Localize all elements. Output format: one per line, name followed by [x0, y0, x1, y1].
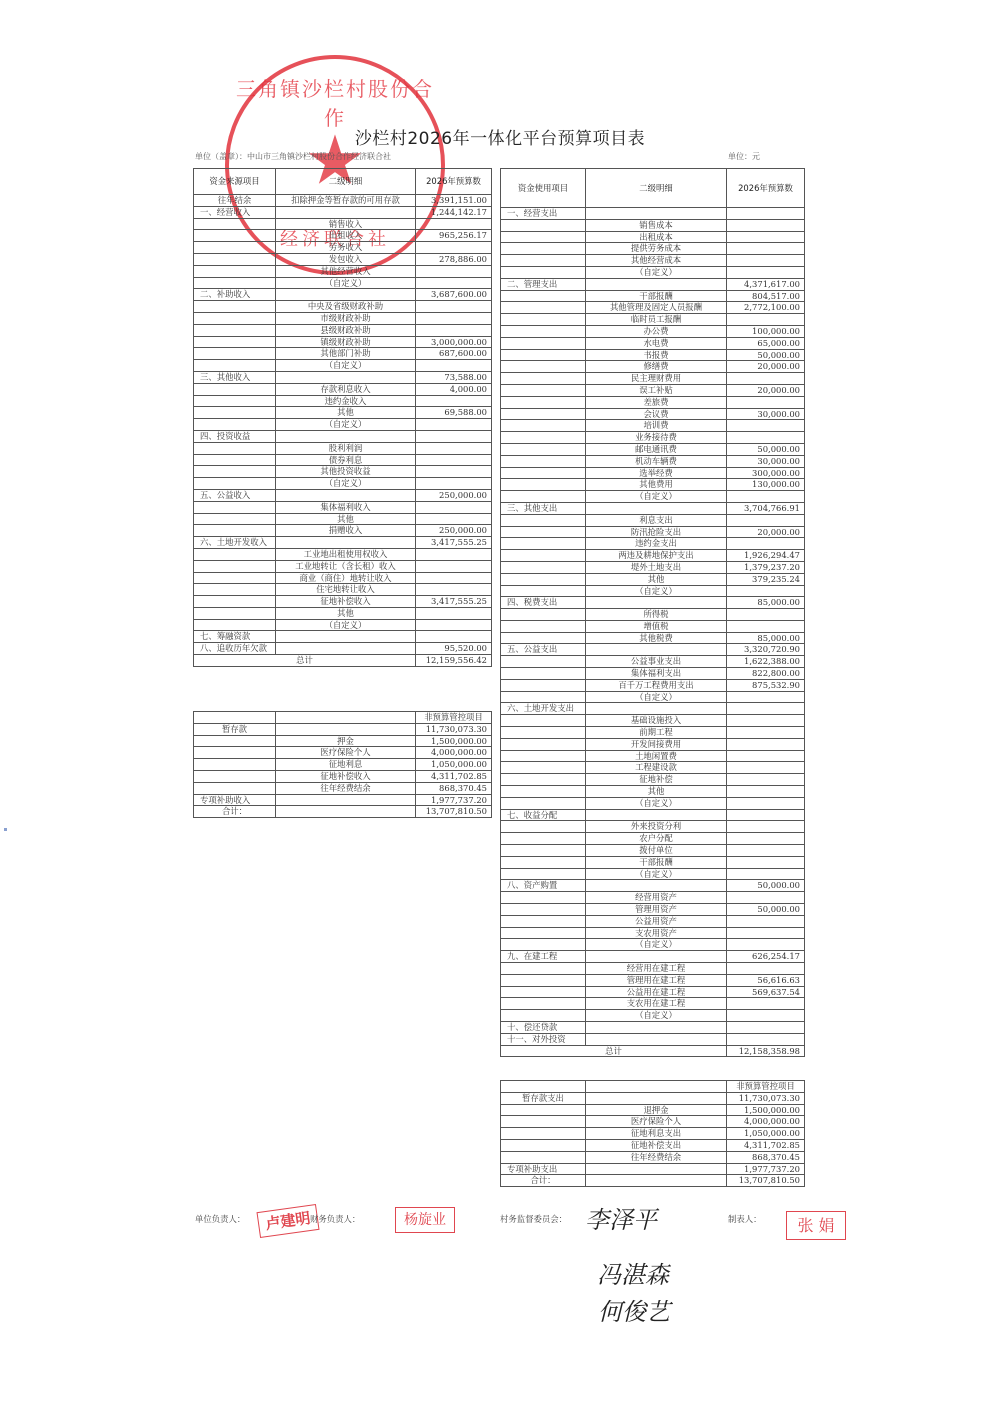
- table-row: 捐赠收入250,000.00: [194, 525, 492, 537]
- cell-item: [194, 324, 276, 336]
- total-row: 总计12,158,358.98: [501, 1045, 805, 1057]
- cell-item: [194, 242, 276, 254]
- cell-item: 六、土地开发收入: [194, 537, 276, 549]
- cell-amount: [416, 430, 492, 442]
- cell-detail: 其他: [276, 407, 416, 419]
- cell-item: [501, 219, 586, 231]
- table-row: 邮电通讯费50,000.00: [501, 443, 805, 455]
- cell-detail: 经营用资产: [586, 892, 727, 904]
- cell-item: [194, 560, 276, 572]
- income-non-budget-body: 非预算管控项目暂存款11,730,073.30押金1,500,000.00医疗保…: [194, 712, 492, 818]
- table-row: 开发间接费用: [501, 738, 805, 750]
- cell-detail: 培训费: [586, 420, 727, 432]
- cell-amount: 1,926,294.47: [727, 550, 805, 562]
- cell-item: [194, 572, 276, 584]
- table-row: 十、偿还贷款: [501, 1021, 805, 1033]
- cell-amount: 3,391,151.00: [416, 195, 492, 207]
- expense-table-body: 一、经营支出销售成本出租成本提供劳务成本其他经营成本（自定义）二、管理支出4,3…: [501, 208, 805, 1057]
- unit-head-label: 单位负责人：: [195, 1213, 245, 1225]
- cell-amount: 1,500,000.00: [727, 1104, 805, 1116]
- total-row: 总计12,159,556.42: [194, 655, 492, 667]
- cell-amount: 569,637.54: [727, 986, 805, 998]
- cell-amount: [727, 243, 805, 255]
- table-row: （自定义）: [194, 360, 492, 372]
- cell-detail: 其他管理及固定人员报酬: [586, 302, 727, 314]
- expense-non-budget-body: 非预算管控项目暂存款支出11,730,073.30退押金1,500,000.00…: [501, 1081, 805, 1187]
- cell-item: [501, 1139, 586, 1151]
- total-amount: 12,159,556.42: [416, 655, 492, 667]
- cell-amount: 875,532.90: [727, 679, 805, 691]
- table-row: 四、投资收益: [194, 430, 492, 442]
- cell-item: [501, 361, 586, 373]
- table-row: 集体福利收入: [194, 501, 492, 513]
- cell-item: 三、其他支出: [501, 502, 586, 514]
- cell-item: 八、追收历年欠款: [194, 643, 276, 655]
- table-row: 劳务收入: [194, 242, 492, 254]
- table-row: 拨付单位: [501, 845, 805, 857]
- cell-item: 三、其他收入: [194, 371, 276, 383]
- table-row: 公益用资产: [501, 915, 805, 927]
- cell-detail: 扣除押金等暂存款的可用存款: [276, 195, 416, 207]
- cell-amount: [727, 420, 805, 432]
- cell-amount: [727, 939, 805, 951]
- cell-item: [501, 455, 586, 467]
- cell-detail: 销售成本: [586, 219, 727, 231]
- cell-item: 六、土地开发支出: [501, 703, 586, 715]
- cell-detail: 债券利息: [276, 454, 416, 466]
- table-row: 经营用在建工程: [501, 963, 805, 975]
- table-row: 五、公益支出3,320,720.90: [501, 644, 805, 656]
- cell-detail: 会议费: [586, 408, 727, 420]
- cell-item: [501, 738, 586, 750]
- cell-detail: [276, 643, 416, 655]
- table-row: 堤外土地支出1,379,237.20: [501, 561, 805, 573]
- table-row: 五、公益收入250,000.00: [194, 489, 492, 501]
- table-row: 集体福利支出822,800.00: [501, 668, 805, 680]
- cell-detail: [586, 703, 727, 715]
- cell-item: 合计：: [501, 1175, 586, 1187]
- cell-detail: （自定义）: [586, 585, 727, 597]
- table-row: 押金1,500,000.00: [194, 735, 492, 747]
- table-row: 专项补助支出1,977,737.20: [501, 1163, 805, 1175]
- cell-detail: 征地利息: [276, 759, 416, 771]
- cell-item: [501, 679, 586, 691]
- cell-detail: 民主理财费用: [586, 373, 727, 385]
- cell-amount: [416, 277, 492, 289]
- cell-amount: [416, 218, 492, 230]
- table-row: 十一、对外投资: [501, 1033, 805, 1045]
- cell-amount: 20,000.00: [727, 526, 805, 538]
- header-budget: 2026年预算数: [416, 169, 492, 195]
- cell-item: [501, 526, 586, 538]
- cell-amount: [727, 762, 805, 774]
- cell-detail: 土地闲置费: [586, 750, 727, 762]
- cell-item: 七、收益分配: [501, 809, 586, 821]
- cell-amount: 4,371,617.00: [727, 278, 805, 290]
- cell-amount: [727, 1033, 805, 1045]
- header-detail: 二级明细: [586, 169, 727, 208]
- cell-detail: [276, 289, 416, 301]
- cell-amount: 868,370.45: [416, 782, 492, 794]
- cell-item: 五、公益收入: [194, 489, 276, 501]
- cell-amount: 3,417,555.25: [416, 596, 492, 608]
- cell-detail: [586, 597, 727, 609]
- cell-detail: 集体福利收入: [276, 501, 416, 513]
- header-funding-source: 资金来源项目: [194, 169, 276, 195]
- cell-amount: 1,050,000.00: [727, 1128, 805, 1140]
- table-row: 征地补偿收入4,311,702.85: [194, 770, 492, 782]
- cell-item: [501, 325, 586, 337]
- table-row: 市级财政补助: [194, 312, 492, 324]
- table-row: （自定义）: [501, 491, 805, 503]
- cell-detail: 出租成本: [586, 231, 727, 243]
- table-row: 公益用在建工程569,637.54: [501, 986, 805, 998]
- cell-detail: [276, 430, 416, 442]
- cell-amount: 20,000.00: [727, 361, 805, 373]
- cell-item: 二、管理支出: [501, 278, 586, 290]
- cell-detail: 工业地出租使用权收入: [276, 548, 416, 560]
- table-row: 支农用资产: [501, 927, 805, 939]
- cell-detail: [276, 489, 416, 501]
- table-row: 管理用在建工程56,616.63: [501, 974, 805, 986]
- cell-detail: 征地利息支出: [586, 1128, 727, 1140]
- cell-detail: 基础设施投入: [586, 715, 727, 727]
- cell-amount: [416, 324, 492, 336]
- table-row: 支农用在建工程: [501, 998, 805, 1010]
- cell-detail: 其他经营成本: [586, 255, 727, 267]
- supervisory-signature-1: 李泽平: [585, 1200, 657, 1235]
- cell-item: [194, 596, 276, 608]
- cell-detail: 选举经费: [586, 467, 727, 479]
- cell-item: [501, 266, 586, 278]
- cell-item: [194, 265, 276, 277]
- table-row: 水电费65,000.00: [501, 337, 805, 349]
- cell-detail: 中央及省级财政补助: [276, 301, 416, 313]
- expense-non-budget-table: 非预算管控项目暂存款支出11,730,073.30退押金1,500,000.00…: [500, 1080, 805, 1187]
- cell-detail: 堤外土地支出: [586, 561, 727, 573]
- cell-item: [501, 691, 586, 703]
- cell-amount: 11,730,073.30: [416, 723, 492, 735]
- cell-amount: 2,772,100.00: [727, 302, 805, 314]
- cell-item: [501, 443, 586, 455]
- cell-item: [501, 420, 586, 432]
- cell-amount: [416, 560, 492, 572]
- cell-item: [501, 314, 586, 326]
- table-row: 经营用资产: [501, 892, 805, 904]
- table-row: 一、经营支出: [501, 208, 805, 220]
- cell-amount: [416, 572, 492, 584]
- cell-amount: [727, 620, 805, 632]
- cell-item: [194, 360, 276, 372]
- cell-amount: 100,000.00: [727, 325, 805, 337]
- cell-detail: 工业地转让（含长租）收入: [276, 560, 416, 572]
- table-row: 发包收入278,886.00: [194, 253, 492, 265]
- cell-amount: [727, 786, 805, 798]
- cell-item: [194, 501, 276, 513]
- cell-amount: [727, 774, 805, 786]
- cell-detail: [276, 206, 416, 218]
- cell-amount: [727, 538, 805, 550]
- cell-detail: 公益用资产: [586, 915, 727, 927]
- cell-amount: [416, 419, 492, 431]
- cell-detail: 违约金收入: [276, 395, 416, 407]
- cell-detail: 两违及耕地保护支出: [586, 550, 727, 562]
- finance-head-label: 财务负责人：: [310, 1213, 360, 1225]
- cell-detail: 其他经营收入: [276, 265, 416, 277]
- cell-amount: [727, 585, 805, 597]
- table-row: 临时员工报酬: [501, 314, 805, 326]
- table-row: 往年结余扣除押金等暂存款的可用存款3,391,151.00: [194, 195, 492, 207]
- cell-detail: 临时员工报酬: [586, 314, 727, 326]
- cell-amount: 1,500,000.00: [416, 735, 492, 747]
- cell-amount: 965,256.17: [416, 230, 492, 242]
- cell-detail: 公益事业支出: [586, 656, 727, 668]
- table-row: 修缮费20,000.00: [501, 361, 805, 373]
- cell-amount: [416, 501, 492, 513]
- cell-detail: [586, 809, 727, 821]
- table-row: 其他部门补助687,600.00: [194, 348, 492, 360]
- cell-detail: 其他费用: [586, 479, 727, 491]
- cell-item: [501, 1104, 586, 1116]
- cell-item: 暂存款: [194, 723, 276, 735]
- table-row: 医疗保险个人4,000,000.00: [501, 1116, 805, 1128]
- cell-detail: 商业（商住）地转让收入: [276, 572, 416, 584]
- cell-amount: 379,235.24: [727, 573, 805, 585]
- cell-item: [501, 349, 586, 361]
- table-row: 销售成本: [501, 219, 805, 231]
- table-row: 工业地转让（含长租）收入: [194, 560, 492, 572]
- cell-amount: [727, 892, 805, 904]
- cell-detail: 利息支出: [586, 514, 727, 526]
- cell-detail: 管理用在建工程: [586, 974, 727, 986]
- cell-item: [501, 561, 586, 573]
- cell-amount: 3,704,766.91: [727, 502, 805, 514]
- table-row: 征地补偿支出4,311,702.85: [501, 1139, 805, 1151]
- cell-item: [194, 336, 276, 348]
- table-row: 八、资产购置50,000.00: [501, 880, 805, 892]
- table-row: 外来投资分利: [501, 821, 805, 833]
- cell-detail: 住宅地转让收入: [276, 584, 416, 596]
- cell-item: 四、税费支出: [501, 597, 586, 609]
- cell-item: [194, 747, 276, 759]
- cell-item: [501, 797, 586, 809]
- cell-item: 专项补助收入: [194, 794, 276, 806]
- header-budget: 2026年预算数: [727, 169, 805, 208]
- cell-detail: 邮电通讯费: [586, 443, 727, 455]
- table-row: （自定义）: [501, 585, 805, 597]
- cell-detail: （自定义）: [586, 266, 727, 278]
- cell-amount: [727, 715, 805, 727]
- table-row: 民主理财费用: [501, 373, 805, 385]
- cell-item: 七、筹融资款: [194, 631, 276, 643]
- table-row: 四、税费支出85,000.00: [501, 597, 805, 609]
- cell-item: [194, 454, 276, 466]
- cell-amount: [416, 466, 492, 478]
- cell-amount: 30,000.00: [727, 408, 805, 420]
- cell-amount: 130,000.00: [727, 479, 805, 491]
- cell-amount: [416, 513, 492, 525]
- cell-detail: 差旅费: [586, 396, 727, 408]
- unit-label: 单位（盖章）：中山市三角镇沙栏村股份合作经济联合社: [195, 151, 391, 162]
- table-row: 其他税费85,000.00: [501, 632, 805, 644]
- cell-item: [501, 408, 586, 420]
- cell-item: [501, 963, 586, 975]
- cell-item: [194, 513, 276, 525]
- cell-detail: [586, 951, 727, 963]
- cell-amount: 56,616.63: [727, 974, 805, 986]
- cell-amount: [416, 584, 492, 596]
- cell-amount: [416, 301, 492, 313]
- cell-item: 十、偿还贷款: [501, 1021, 586, 1033]
- cell-detail: [276, 794, 416, 806]
- expense-table: 资金使用项目 二级明细 2026年预算数 一、经营支出销售成本出租成本提供劳务成…: [500, 168, 805, 1057]
- cell-amount: [727, 727, 805, 739]
- table-row: 会议费30,000.00: [501, 408, 805, 420]
- table-row: 工业地出租使用权收入: [194, 548, 492, 560]
- cell-item: [501, 290, 586, 302]
- income-table-header: 资金来源项目 二级明细 2026年预算数: [194, 169, 492, 195]
- cell-amount: [727, 491, 805, 503]
- cell-item: 二、补助收入: [194, 289, 276, 301]
- cell-amount: [416, 312, 492, 324]
- cell-detail: 捐赠收入: [276, 525, 416, 537]
- total-amount: 12,158,358.98: [727, 1045, 805, 1057]
- cell-amount: [727, 396, 805, 408]
- cell-item: [194, 525, 276, 537]
- empty-header-cell: [586, 1081, 727, 1093]
- cell-amount: 868,370.45: [727, 1151, 805, 1163]
- cell-item: [501, 538, 586, 550]
- cell-item: [501, 715, 586, 727]
- table-row: 县级财政补助: [194, 324, 492, 336]
- cell-amount: [727, 514, 805, 526]
- non-budget-header-row: 非预算管控项目: [194, 712, 492, 724]
- cell-amount: [727, 809, 805, 821]
- table-row: 合计：13,707,810.50: [501, 1175, 805, 1187]
- cell-amount: 250,000.00: [416, 525, 492, 537]
- table-row: 销售收入: [194, 218, 492, 230]
- table-row: 征地补偿: [501, 774, 805, 786]
- cell-detail: 征地补偿收入: [276, 770, 416, 782]
- cell-amount: 73,588.00: [416, 371, 492, 383]
- cell-detail: 书报费: [586, 349, 727, 361]
- table-row: 其他69,588.00: [194, 407, 492, 419]
- supervisory-signature-2: 冯湛森: [597, 1255, 669, 1290]
- cell-amount: [727, 1010, 805, 1022]
- table-row: 其他管理及固定人员报酬2,772,100.00: [501, 302, 805, 314]
- cell-amount: 1,977,737.20: [416, 794, 492, 806]
- header-detail: 二级明细: [276, 169, 416, 195]
- table-row: （自定义）: [501, 1010, 805, 1022]
- cell-item: 八、资产购置: [501, 880, 586, 892]
- table-row: （自定义）: [501, 797, 805, 809]
- income-non-budget-table: 非预算管控项目暂存款11,730,073.30押金1,500,000.00医疗保…: [193, 711, 492, 818]
- cell-amount: [416, 631, 492, 643]
- table-row: 往年经费结余868,370.45: [501, 1151, 805, 1163]
- cell-item: [501, 868, 586, 880]
- table-row: 二、管理支出4,371,617.00: [501, 278, 805, 290]
- table-row: 征地利息1,050,000.00: [194, 759, 492, 771]
- cell-amount: [727, 927, 805, 939]
- cell-amount: [727, 1021, 805, 1033]
- table-row: 提供劳务成本: [501, 243, 805, 255]
- cell-amount: 4,311,702.85: [727, 1139, 805, 1151]
- cell-detail: 干部报酬: [586, 856, 727, 868]
- cell-item: [501, 302, 586, 314]
- cell-item: [501, 1116, 586, 1128]
- cell-item: [501, 915, 586, 927]
- table-row: 选举经费300,000.00: [501, 467, 805, 479]
- table-row: （自定义）: [501, 691, 805, 703]
- cell-item: [501, 432, 586, 444]
- cell-amount: 250,000.00: [416, 489, 492, 501]
- cell-amount: [727, 691, 805, 703]
- cell-detail: （自定义）: [586, 1010, 727, 1022]
- cell-item: [501, 620, 586, 632]
- empty-header-cell: [194, 712, 276, 724]
- supervisory-label: 村务监督委员会：: [500, 1213, 567, 1225]
- cell-detail: 增值税: [586, 620, 727, 632]
- cell-detail: 其他投资收益: [276, 466, 416, 478]
- cell-detail: [276, 723, 416, 735]
- table-row: 暂存款11,730,073.30: [194, 723, 492, 735]
- table-row: 三、其他支出3,704,766.91: [501, 502, 805, 514]
- cell-item: [194, 478, 276, 490]
- cell-item: [501, 491, 586, 503]
- cell-amount: 1,244,142.17: [416, 206, 492, 218]
- cell-item: [194, 395, 276, 407]
- table-row: 土地闲置费: [501, 750, 805, 762]
- cell-amount: [727, 856, 805, 868]
- cell-item: [501, 821, 586, 833]
- table-row: （自定义）: [194, 619, 492, 631]
- cell-item: [501, 632, 586, 644]
- cell-detail: （自定义）: [276, 360, 416, 372]
- non-budget-header-row: 非预算管控项目: [501, 1081, 805, 1093]
- cell-item: [194, 312, 276, 324]
- cell-detail: 其他税费: [586, 632, 727, 644]
- cell-amount: [727, 915, 805, 927]
- table-row: 百千万工程费用支出875,532.90: [501, 679, 805, 691]
- cell-detail: （自定义）: [586, 939, 727, 951]
- cell-item: [501, 833, 586, 845]
- cell-amount: 95,520.00: [416, 643, 492, 655]
- table-row: 书报费50,000.00: [501, 349, 805, 361]
- table-row: 其他: [501, 786, 805, 798]
- table-row: 暂存款支出11,730,073.30: [501, 1092, 805, 1104]
- cell-detail: 其他: [276, 513, 416, 525]
- table-row: 医疗保险个人4,000,000.00: [194, 747, 492, 759]
- cell-item: [501, 986, 586, 998]
- table-row: 九、在建工程626,254.17: [501, 951, 805, 963]
- cell-detail: 销售收入: [276, 218, 416, 230]
- table-row: 债券利息: [194, 454, 492, 466]
- table-row: 违约金支出: [501, 538, 805, 550]
- cell-item: [501, 856, 586, 868]
- cell-item: 暂存款支出: [501, 1092, 586, 1104]
- table-row: 业务接待费: [501, 432, 805, 444]
- table-row: 干部报酬: [501, 856, 805, 868]
- cell-item: [501, 656, 586, 668]
- preparer-label: 制表人：: [728, 1213, 762, 1225]
- cell-detail: （自定义）: [586, 797, 727, 809]
- cell-detail: 出租收入: [276, 230, 416, 242]
- cell-detail: 修缮费: [586, 361, 727, 373]
- cell-amount: 300,000.00: [727, 467, 805, 479]
- cell-item: 九、在建工程: [501, 951, 586, 963]
- cell-detail: 往年经费结余: [586, 1151, 727, 1163]
- cell-item: [194, 230, 276, 242]
